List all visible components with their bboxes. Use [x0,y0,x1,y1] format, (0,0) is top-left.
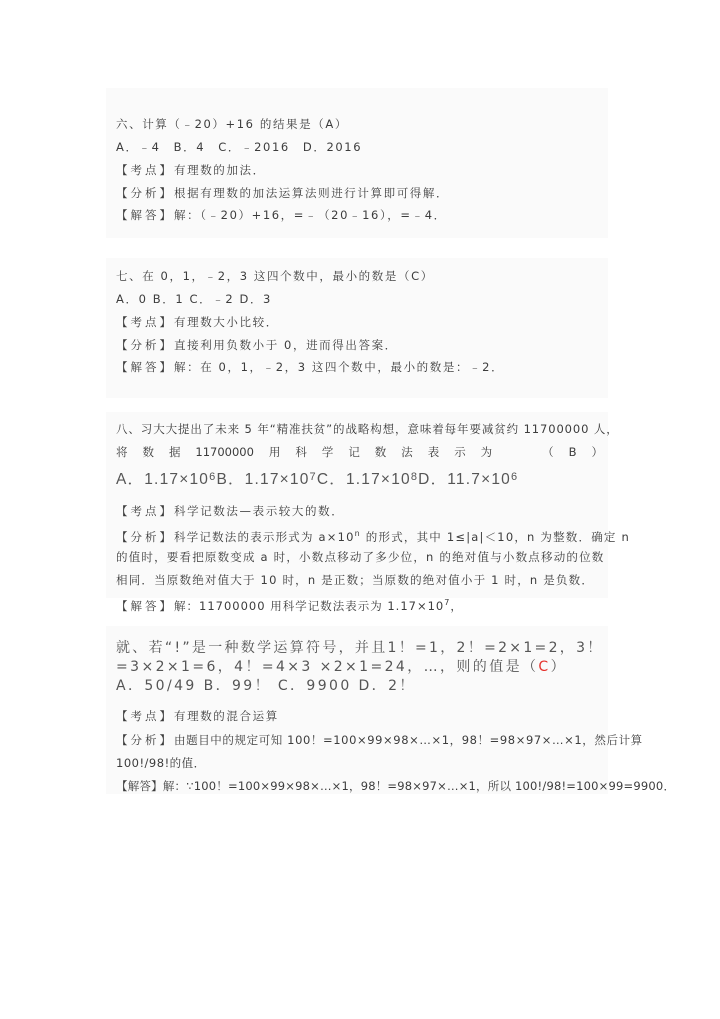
fenxi-text: 的形式，其中 1≤|a|＜10，n 为整数．确定 n [361,530,630,544]
q8-fenxi-line2: 的值时，要看把原数变成 a 时，小数点移动了多少位，n 的绝对值与小数点移动的位… [116,549,605,565]
question-text: =3×2×1=6，4！=4×3 ×2×1=24，…，则的值是（ [116,659,538,675]
q8-fenxi-line3: 相同．当原数绝对值大于 10 时，n 是正数；当原数的绝对值小于 1 时，n 是… [116,572,594,588]
option-d: D．11.7×106 [418,471,518,488]
jieda-label: 【解答】 [116,599,174,613]
q8-question-line2: 将 数 据 11700000 用 科 学 记 数 法 表 示 为 （ B ） [116,444,603,460]
word: 数 [142,444,154,460]
kaodian-label: 【考点】 [116,163,174,177]
q7-options: A．0 B．1 C．﹣2 D．3 [116,291,272,307]
word: 表 [428,444,440,460]
kaodian-label: 【考点】 [116,315,174,329]
q9-fenxi-line1: 【分析】由题目中的规定可知 100！=100×99×98×…×1，98！=98×… [116,732,643,748]
answer: B [569,444,577,460]
kaodian-label: 【考点】 [116,504,174,518]
q8-question-line1: 八、习大大提出了未来 5 年“精准扶贫”的战略构想，意味着每年要减贫约 1170… [116,421,619,437]
q6-options: A．﹣4 B．4 C．﹣2016 D．2016 [116,139,362,155]
option-c: C．1.17×108 [317,471,418,488]
kaodian-text: 有理数的加法． [174,163,266,177]
jieda-text: ， [450,599,463,613]
word: （ [542,444,554,460]
fenxi-text: 科学记数法的表示形式为 a×10 [174,530,355,544]
word: 学 [322,444,334,460]
word: 法 [401,444,413,460]
fenxi-label: 【分析】 [116,530,174,544]
q6-jieda: 【解答】解：（﹣20）+16，=﹣（20﹣16），=﹣4． [116,207,447,223]
kaodian-text: 科学记数法—表示较大的数． [174,504,344,518]
q7-jieda: 【解答】解：在 0，1，﹣2，3 这四个数中，最小的数是：﹣2． [116,359,504,375]
jieda-text: 解：（﹣20）+16，=﹣（20﹣16），=﹣4． [174,208,447,222]
jieda-label: 【解答】 [116,208,174,222]
fenxi-label: 【分析】 [116,186,174,200]
fenxi-label: 【分析】 [116,733,174,747]
word: 为 [481,444,493,460]
q6-kaodian: 【考点】有理数的加法． [116,162,266,178]
q8-jieda: 【解答】解：11700000 用科学记数法表示为 1.17×107， [116,595,463,614]
q9-question-line1: 就、若“!”是一种数学运算符号，并且1！=1，2！=2×1=2，3！ [116,640,604,657]
jieda-label: 【解答】 [116,779,163,793]
word: 用 [269,444,281,460]
q8-kaodian: 【考点】科学记数法—表示较大的数． [116,503,344,519]
q9-options: A．50/49 B．99！ C．9900 D．2！ [116,678,416,695]
word: ） [591,444,603,460]
q7-question: 七、在 0，1，﹣2，3 这四个数中，最小的数是（C） [116,268,434,284]
option-b: B．1.17×107 [216,471,316,488]
q6-fenxi: 【分析】根据有理数的加法运算法则进行计算即可得解． [116,185,449,201]
fenxi-label: 【分析】 [116,338,174,352]
fenxi-text: 直接利用负数小于 0，进而得出答案． [174,338,398,352]
question-text: ） [551,659,567,675]
option-a: A．1.17×106 [116,471,216,488]
fenxi-text: 根据有理数的加法运算法则进行计算即可得解． [174,186,449,200]
word: 将 [116,444,128,460]
kaodian-text: 有理数的混合运算 [174,709,279,723]
word: 数 [375,444,387,460]
jieda-text: 解：∵100！=100×99×98×…×1，98！=98×97×…×1，所以 1… [163,779,675,793]
q9-jieda: 【解答】解：∵100！=100×99×98×…×1，98！=98×97×…×1，… [116,778,675,794]
kaodian-text: 有理数大小比较． [174,315,279,329]
jieda-text: 解：在 0，1，﹣2，3 这四个数中，最小的数是：﹣2． [174,360,504,374]
q8-fenxi-line1: 【分析】科学记数法的表示形式为 a×10n 的形式，其中 1≤|a|＜10，n … [116,526,630,545]
q6-question: 六、计算（﹣20）+16 的结果是（A） [116,116,348,132]
q9-question-line2: =3×2×1=6，4！=4×3 ×2×1=24，…，则的值是（C） [116,659,567,676]
q7-fenxi: 【分析】直接利用负数小于 0，进而得出答案． [116,337,398,353]
word: 示 [454,444,466,460]
word: 科 [295,444,307,460]
jieda-text: 解：11700000 用科学记数法表示为 1.17×10 [174,599,444,613]
jieda-label: 【解答】 [116,360,174,374]
fenxi-text: 由题目中的规定可知 100！=100×99×98×…×1，98！=98×97×…… [174,733,643,747]
q9-fenxi-line2: 100!/98!的值． [116,755,206,771]
answer: C [538,659,550,675]
q8-options: A．1.17×106B．1.17×107C．1.17×108D．11.7×106 [116,471,518,490]
kaodian-label: 【考点】 [116,709,174,723]
word: 据 [169,444,181,460]
q7-kaodian: 【考点】有理数大小比较． [116,314,279,330]
q9-kaodian: 【考点】有理数的混合运算 [116,708,279,724]
word: 记 [348,444,360,460]
word: 11700000 [195,444,254,460]
